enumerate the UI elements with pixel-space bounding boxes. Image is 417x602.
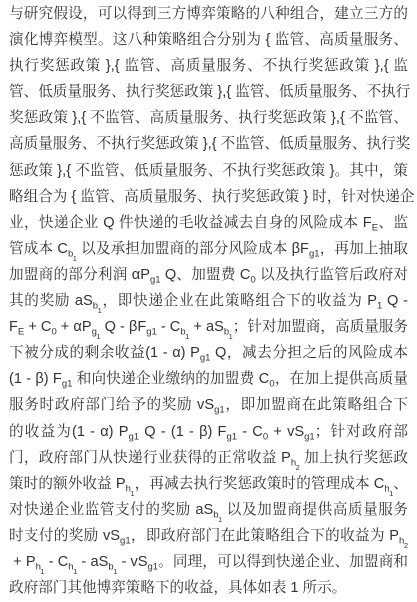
text-run: (1 - β) F <box>9 371 62 387</box>
subscript: g1 <box>214 405 225 416</box>
subscript: g1 <box>128 431 139 442</box>
text-run: Q - (1 - β) F <box>139 424 226 440</box>
text-run: ，即政府部门在此策略组合下的收益为 P <box>131 528 399 544</box>
text-line: 执行奖惩政策 },{ 监管、高质量服务、不执行奖惩政策 },{ 监 <box>9 53 408 79</box>
text-run: 惩政策 },{ 不监管、低质量服务、不执行奖惩政策 }。其中，策 <box>9 163 408 179</box>
text-run: ，再加上抽取 <box>320 241 408 257</box>
text-run: F <box>9 319 18 335</box>
text-run: 的收益为(1 - α) P <box>9 424 128 440</box>
text-run: 以及执行监管后政府对 <box>256 267 408 283</box>
text-run: + C <box>24 319 51 335</box>
text-line: 略组合为 { 监管、高质量服务、执行奖惩政策 } 时，针对快递企 <box>9 184 408 210</box>
text-run: Q，减去分担之后的风险成本 <box>210 345 408 361</box>
text-run: + aS <box>189 319 224 335</box>
text-run: 下被分成的剩余收益(1 - α) P <box>9 345 200 361</box>
paragraph: 与研究假设，可以得到三方博弈策略的八种组合，建立三方的演化博弈模型。这八种策略组… <box>9 1 408 601</box>
text-line: 与研究假设，可以得到三方博弈策略的八种组合，建立三方的 <box>9 1 408 27</box>
text-run: 策时的额外收益 P <box>9 476 126 492</box>
text-run: ，即加盟商在此策略组合下 <box>225 397 408 413</box>
text-run: 演化博弈模型。这八种策略组合分别为 { 监管、高质量服务、 <box>9 32 408 48</box>
text-line: 管成本 Cb1 以及承担加盟商的部分风险成本 βFg1，再加上抽取 <box>9 236 408 262</box>
text-run: ；针对政府部 <box>315 424 408 440</box>
text-run: ，在加上提供高质量 <box>275 371 408 387</box>
text-run: 执行奖惩政策 },{ 监管、高质量服务、不执行奖惩政策 },{ 监 <box>9 58 408 74</box>
text-run: 高质量服务、不执行奖惩政策 },{ 不监管、低质量服务、执行奖 <box>9 136 410 152</box>
subscript: g1 <box>148 561 159 572</box>
subscript: g1 <box>150 274 161 285</box>
text-run: ；针对加盟商，高质量服务 <box>233 319 408 335</box>
text-run: 管成本 C <box>9 241 68 257</box>
text-line: 下被分成的剩余收益(1 - α) Pg1 Q，减去分担之后的风险成本 <box>9 340 408 366</box>
text-line: 其的奖励 aSb1，即快递企业在此策略组合下的收益为 P1 Q - <box>9 288 408 314</box>
text-run: 略组合为 { 监管、高质量服务、执行奖惩政策 } 时，针对快递企 <box>9 189 414 205</box>
text-line: (1 - β) Fg1 和向快递企业缴纳的加盟费 C0，在加上提供高质量 <box>9 366 408 392</box>
subscript: g1 <box>146 327 157 338</box>
subscript: g1 <box>309 248 320 259</box>
text-run: Q - βF <box>101 319 147 335</box>
subscript: g1 <box>226 431 237 442</box>
text-line: 加盟商的部分利润 αPg1 Q、加盟费 C0 以及执行监管后政府对 <box>9 262 408 288</box>
text-line: 惩政策 },{ 不监管、低质量服务、不执行奖惩政策 }。其中，策 <box>9 158 408 184</box>
text-run: + vS <box>268 424 304 440</box>
text-run: 管、低质量服务、执行奖惩政策 },{ 监管、低质量服务、不执行 <box>9 84 410 100</box>
text-run: ，即快递企业在此策略组合下的收益为 P <box>102 293 377 309</box>
text-line: 管、低质量服务、执行奖惩政策 },{ 监管、低质量服务、不执行 <box>9 79 408 105</box>
subscript: g1 <box>120 535 131 546</box>
text-run: 与研究假设，可以得到三方博弈策略的八种组合，建立三方的 <box>9 6 408 22</box>
text-run: + αP <box>57 319 92 335</box>
text-line: 时支付的奖励 vSg1，即政府部门在此策略组合下的收益为 Ph2 <box>9 523 408 549</box>
text-line: 的收益为(1 - α) Pg1 Q - (1 - β) Fg1 - C0 + v… <box>9 419 408 445</box>
subscript: g1 <box>304 431 315 442</box>
text-run: ，再减去执行奖惩政策时的管理成本 C <box>135 476 385 492</box>
text-run: 。同理，可以得到快递企业、加盟商和 <box>158 554 408 570</box>
text-line: 服务时政府部门给予的奖励 vSg1，即加盟商在此策略组合下 <box>9 392 408 418</box>
text-run: + P <box>9 554 36 570</box>
text-line: 政府部门其他博弈策略下的收益，具体如表 1 所示。 <box>9 575 408 601</box>
text-run: 政府部门其他博弈策略下的收益，具体如表 1 所示。 <box>9 580 346 596</box>
text-line: 业，快递企业 Q 件快递的毛收益减去自身的风险成本 FE、监 <box>9 210 408 236</box>
text-run: 其的奖励 aS <box>9 293 93 309</box>
text-run: - C <box>157 319 181 335</box>
text-run: 服务时政府部门给予的奖励 vS <box>9 397 214 413</box>
text-line: 策时的额外收益 Ph1，再减去执行奖惩政策时的管理成本 Ch1、 <box>9 471 408 497</box>
text-run: - vS <box>117 554 147 570</box>
text-line: FE + C0 + αPg1 Q - βFg1 - Cb1 + aSb1；针对加… <box>9 314 408 340</box>
text-run: 、 <box>393 476 408 492</box>
text-run: - C <box>237 424 263 440</box>
text-line: 对快递企业监管支付的奖励 aSb1 以及加盟商提供高质量服务 <box>9 497 408 523</box>
text-run: 以及加盟商提供高质量服务 <box>222 502 408 518</box>
text-run: 奖惩政策 },{ 不监管、高质量服务、执行奖惩政策 },{ 不监管、 <box>9 110 408 126</box>
text-run: 对快递企业监管支付的奖励 aS <box>9 502 213 518</box>
subscript: g1 <box>62 379 73 390</box>
text-line: 门，政府部门从快递行业获得的正常收益 Ph2 加上执行奖惩政 <box>9 445 408 471</box>
text-run: 加盟商的部分利润 αP <box>9 267 150 283</box>
text-line: 高质量服务、不执行奖惩政策 },{ 不监管、低质量服务、执行奖 <box>9 131 408 157</box>
text-run: 业，快递企业 Q 件快递的毛收益减去自身的风险成本 F <box>9 215 372 231</box>
text-run: 和向快递企业缴纳的加盟费 C <box>72 371 269 387</box>
text-run: 以及承担加盟商的部分风险成本 βF <box>77 241 309 257</box>
text-run: 加上执行奖惩政 <box>300 450 408 466</box>
text-run: - aS <box>77 554 108 570</box>
text-line: + Ph1 - Ch1 - aSb1 - vSg1。同理，可以得到快递企业、加盟… <box>9 549 408 575</box>
text-run: 门，政府部门从快递行业获得的正常收益 P <box>9 450 291 466</box>
text-run: - C <box>45 554 69 570</box>
text-line: 演化博弈模型。这八种策略组合分别为 { 监管、高质量服务、 <box>9 27 408 53</box>
text-run: Q、加盟费 C <box>161 267 251 283</box>
text-run: 时支付的奖励 vS <box>9 528 120 544</box>
text-line: 奖惩政策 },{ 不监管、高质量服务、执行奖惩政策 },{ 不监管、 <box>9 105 408 131</box>
page: 与研究假设，可以得到三方博弈策略的八种组合，建立三方的演化博弈模型。这八种策略组… <box>0 0 417 602</box>
text-run: 、监 <box>378 215 408 231</box>
subscript: g1 <box>200 353 211 364</box>
text-run: Q - <box>382 293 408 309</box>
